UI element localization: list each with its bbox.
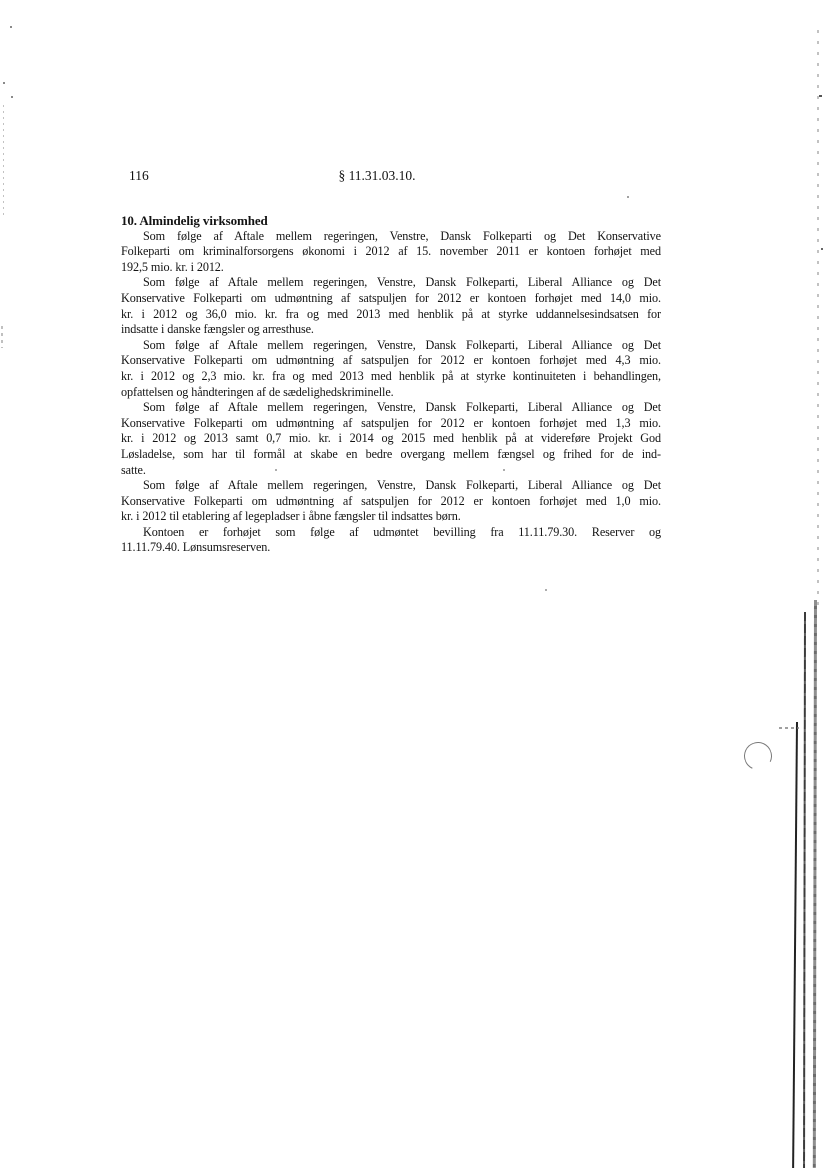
- scan-speck: [627, 196, 629, 198]
- scan-speck: [545, 589, 547, 591]
- text-line: kr. i 2012 og 2,3 mio. kr. fra og med 20…: [121, 369, 661, 385]
- text-line: Som følge af Aftale mellem regeringen, V…: [121, 338, 661, 354]
- scan-dotted-line-left: [3, 105, 4, 215]
- text-line: kr. i 2012 til etablering af legepladser…: [121, 509, 661, 525]
- text-line: kr. i 2012 og 36,0 mio. kr. fra og med 2…: [121, 307, 661, 323]
- text-line: 192,5 mio. kr. i 2012.: [121, 260, 661, 276]
- pen-circle-mark: [740, 738, 776, 774]
- scan-dotted-line-left-lower: [1, 326, 3, 348]
- scan-vertical-line-middle: [803, 612, 806, 1168]
- text-line: Løsladelse, som har til formål at skabe …: [121, 447, 661, 463]
- paragraph: Som følge af Aftale mellem regeringen, V…: [121, 338, 661, 400]
- text-line: Folkeparti om kriminalforsorgens økonomi…: [121, 244, 661, 260]
- scan-speck: [819, 95, 822, 97]
- paragraph: Som følge af Aftale mellem regeringen, V…: [121, 229, 661, 276]
- scan-vertical-line-inner: [792, 722, 798, 1168]
- text-line: Som følge af Aftale mellem regeringen, V…: [121, 478, 661, 494]
- paragraph: Som følge af Aftale mellem regeringen, V…: [121, 275, 661, 337]
- text-line: Som følge af Aftale mellem regeringen, V…: [121, 229, 661, 245]
- scan-speck: [821, 248, 823, 250]
- paragraph: Som følge af Aftale mellem regeringen, V…: [121, 478, 661, 525]
- section-heading: 10. Almindelig virksomhed: [121, 213, 661, 229]
- text-line: indsatte i danske fængsler og arresthuse…: [121, 322, 661, 338]
- text-line: Konservative Folkeparti om udmøntning af…: [121, 291, 661, 307]
- text-line: Konservative Folkeparti om udmøntning af…: [121, 416, 661, 432]
- text-line: Konservative Folkeparti om udmøntning af…: [121, 494, 661, 510]
- text-line: satte.: [121, 463, 661, 479]
- paragraph: Kontoen er forhøjet som følge af udmønte…: [121, 525, 661, 556]
- text-line: kr. i 2012 og 2013 samt 0,7 mio. kr. i 2…: [121, 431, 661, 447]
- scan-dashed-line-right: [817, 30, 819, 610]
- scan-speck: [11, 96, 13, 98]
- text-line: 11.11.79.40. Lønsumsreserven.: [121, 540, 661, 556]
- document-page: 116 § 11.31.03.10. 10. Almindelig virkso…: [0, 0, 825, 1168]
- scan-speck: [10, 26, 12, 28]
- text-line: opfattelsen og håndteringen af de sædeli…: [121, 385, 661, 401]
- text-line: Konservative Folkeparti om udmøntning af…: [121, 353, 661, 369]
- text-line: Som følge af Aftale mellem regeringen, V…: [121, 275, 661, 291]
- paragraphs-container: Som følge af Aftale mellem regeringen, V…: [121, 229, 661, 556]
- scan-speck: [3, 82, 5, 84]
- scan-vertical-line-outer: [813, 600, 817, 1168]
- scan-horizontal-dashes: [779, 727, 799, 729]
- text-line: Som følge af Aftale mellem regeringen, V…: [121, 400, 661, 416]
- paragraph: Som følge af Aftale mellem regeringen, V…: [121, 400, 661, 478]
- text-line: Kontoen er forhøjet som følge af udmønte…: [121, 525, 661, 541]
- body-text: 10. Almindelig virksomhed Som følge af A…: [121, 213, 661, 556]
- section-reference: § 11.31.03.10.: [121, 168, 633, 183]
